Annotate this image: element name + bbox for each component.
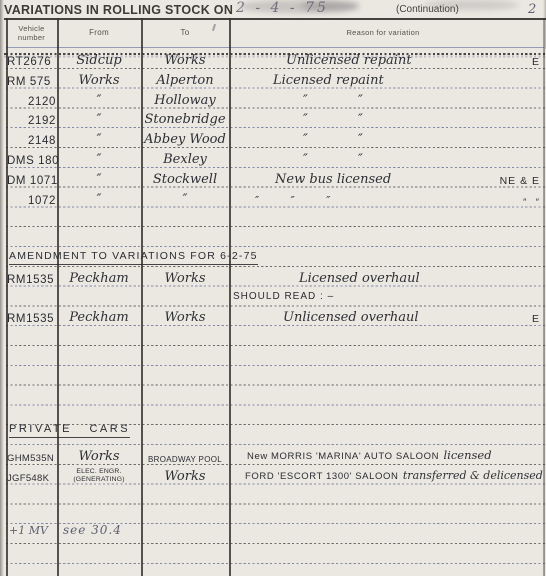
vehicle-number-cell: RM1535 bbox=[7, 274, 56, 286]
reason-printed: FORD 'ESCORT 1300' SALOON bbox=[245, 471, 398, 482]
from-cell: ELEC. ENGR. (GENERATING) bbox=[58, 468, 140, 484]
table-top-border bbox=[4, 18, 546, 20]
table-row: 2192 ″ Stonebridge ″ ″ bbox=[0, 109, 546, 127]
to-cell: Works bbox=[142, 310, 228, 325]
handwritten-date: 2 - 4 - 75 bbox=[236, 0, 329, 16]
vehicle-number-cell: 2148 bbox=[7, 135, 61, 147]
vehicle-number-cell: DM 1071 bbox=[7, 175, 56, 187]
reason-cell: ″ ″ bbox=[231, 93, 546, 108]
column-header-to: To bbox=[141, 28, 229, 37]
note-cell: E bbox=[486, 56, 543, 68]
to-cell: BROADWAY POOL bbox=[142, 455, 228, 464]
vehicle-number-cell: DMS 180 bbox=[7, 155, 56, 167]
from-cell: Works bbox=[58, 449, 140, 464]
from-cell: ″ bbox=[58, 132, 140, 147]
column-header-vehicle: Vehicle number bbox=[6, 24, 57, 42]
vehicle-number-cell: 1072 bbox=[7, 195, 61, 207]
to-cell: Works bbox=[142, 53, 228, 68]
table-row: RM1535 Peckham Works Unlicensed overhaul… bbox=[0, 307, 546, 325]
vehicle-number-cell: 2120 bbox=[7, 96, 61, 108]
continuation-label: (Continuation) bbox=[396, 4, 459, 15]
to-cell: Works bbox=[142, 469, 228, 484]
vehicle-number-cell: 2192 bbox=[7, 115, 61, 127]
from-cell: ″ bbox=[58, 192, 140, 207]
note-cell: NE & E bbox=[486, 175, 543, 187]
column-header-reason: Reason for variation bbox=[230, 28, 536, 37]
reason-printed: New MORRIS 'MARINA' AUTO SALOON bbox=[247, 451, 439, 462]
table-row: RM1535 Peckham Works Licensed overhaul bbox=[0, 268, 546, 286]
private-cars-heading: PRIVATE CARS bbox=[9, 423, 130, 438]
footer-note-right: see 30.4 bbox=[63, 523, 122, 537]
table-row: RM 575 Works Alperton Licensed repaint bbox=[0, 70, 546, 88]
reason-cell: FORD 'ESCORT 1300' SALOON transferred & … bbox=[231, 466, 545, 484]
from-cell: Sidcup bbox=[58, 53, 140, 68]
to-cell: ″ bbox=[142, 192, 228, 207]
from-cell: Peckham bbox=[58, 310, 140, 325]
note-cell: E bbox=[486, 313, 543, 325]
header-blue-rule bbox=[6, 47, 544, 49]
reason-cell: ″ ″ bbox=[231, 112, 546, 127]
vehicle-number-cell: GHM535N bbox=[7, 453, 56, 464]
vehicle-number-cell: RT2676 bbox=[7, 56, 56, 68]
to-cell: Works bbox=[142, 271, 228, 286]
reason-cell: Licensed overhaul bbox=[231, 271, 546, 286]
to-cell: Holloway bbox=[142, 93, 228, 108]
vehicle-number-cell: RM 575 bbox=[7, 76, 56, 88]
table-row: DMS 180 ″ Bexley ″ ″ bbox=[0, 149, 546, 167]
from-cell: Peckham bbox=[58, 271, 140, 286]
should-read-label: SHOULD READ : – bbox=[233, 291, 334, 302]
footer-note-left: +1 MV bbox=[9, 524, 48, 537]
to-cell: Abbey Wood bbox=[142, 132, 228, 147]
vehicle-number-cell: JGF548K bbox=[7, 473, 56, 484]
reason-cursive: licensed bbox=[443, 448, 491, 462]
from-cell: ″ bbox=[58, 152, 140, 167]
column-header-from: From bbox=[57, 28, 141, 37]
reason-cell: ″ ″ bbox=[231, 152, 546, 167]
scanned-document-page: VARIATIONS IN ROLLING STOCK ON 2 - 4 - 7… bbox=[0, 0, 546, 576]
from-cell: ″ bbox=[58, 93, 140, 108]
table-row: 1072 ″ ″ ″ ″ ″ ″ ″ bbox=[0, 189, 546, 207]
vehicle-number-cell: RM1535 bbox=[7, 313, 56, 325]
table-row: 2120 ″ Holloway ″ ″ bbox=[0, 90, 546, 108]
from-cell: ″ bbox=[58, 172, 140, 187]
reason-cursive: transferred & delicensed bbox=[403, 469, 543, 482]
to-cell: Stonebridge bbox=[142, 112, 228, 127]
page-title: VARIATIONS IN ROLLING STOCK ON bbox=[4, 3, 233, 17]
reason-cell: New MORRIS 'MARINA' AUTO SALOON licensed bbox=[231, 446, 546, 464]
page-number: 2 bbox=[528, 2, 536, 17]
table-row: JGF548K ELEC. ENGR. (GENERATING) Works F… bbox=[0, 466, 546, 484]
table-row: GHM535N Works BROADWAY POOL New MORRIS '… bbox=[0, 446, 546, 464]
to-cell: Stockwell bbox=[142, 172, 228, 187]
table-row: DM 1071 ″ Stockwell New bus licensed NE … bbox=[0, 169, 546, 187]
from-cell: ″ bbox=[58, 112, 140, 127]
to-cell: Alperton bbox=[142, 73, 228, 88]
to-cell: Bexley bbox=[142, 152, 228, 167]
reason-cell: ″ ″ bbox=[231, 132, 546, 147]
table-row: 2148 ″ Abbey Wood ″ ″ bbox=[0, 129, 546, 147]
amendment-heading: AMENDMENT TO VARIATIONS FOR 6-2-75 bbox=[9, 250, 258, 265]
note-cell: ″ ″ bbox=[486, 197, 543, 207]
from-cell: Works bbox=[58, 73, 140, 88]
table-row: RT2676 Sidcup Works Unlicensed repaint E bbox=[0, 50, 546, 68]
reason-cell: Licensed repaint bbox=[231, 73, 546, 88]
